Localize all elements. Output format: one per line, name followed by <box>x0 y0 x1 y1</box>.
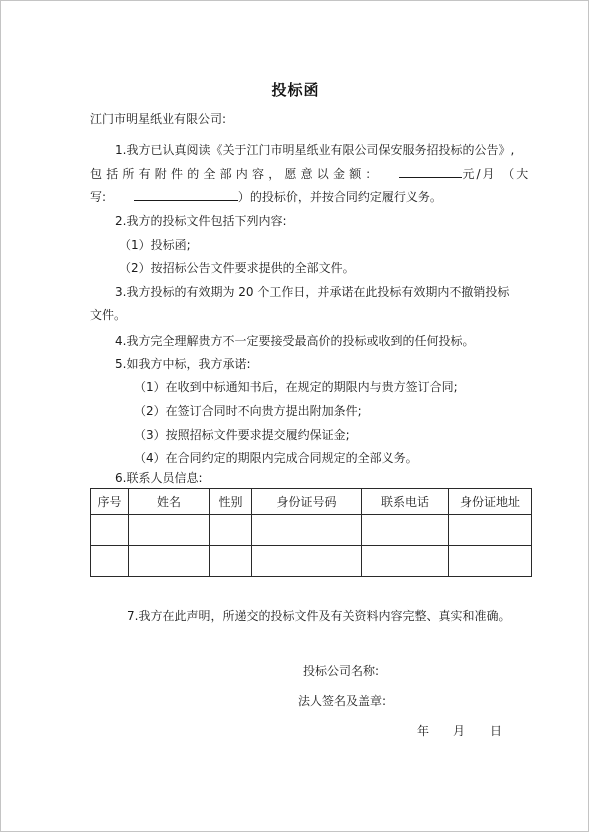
table-row <box>91 546 532 577</box>
amount-in-words-blank-field[interactable] <box>134 188 238 201</box>
date-month-label: 月 <box>453 723 465 739</box>
clause-2-item-1: （1）投标函; <box>119 237 191 253</box>
clause-5-heading: 5.如我方中标，我方承诺: <box>115 356 251 372</box>
contacts-table: 序号 姓名 性别 身份证号码 联系电话 身份证地址 <box>90 488 532 577</box>
clause-3-line-1: 3.我方投标的有效期为 20 个工作日，并承诺在此投标有效期内不撤销投标 <box>115 284 509 300</box>
clause-5-item-4: （4）在合同约定的期限内完成合同规定的全部义务。 <box>134 450 418 466</box>
company-name-label: 投标公司名称: <box>303 663 379 679</box>
date-day-label: 日 <box>490 723 502 739</box>
column-header-gender: 性别 <box>210 489 252 515</box>
date-year-label: 年 <box>417 723 429 739</box>
table-header-row: 序号 姓名 性别 身份证号码 联系电话 身份证地址 <box>91 489 532 515</box>
table-cell[interactable] <box>252 546 362 577</box>
clause-6-heading: 6.联系人员信息: <box>115 470 203 486</box>
clause-7: 7.我方在此声明，所递交的投标文件及有关资料内容完整、真实和准确。 <box>127 608 510 624</box>
column-header-id-number: 身份证号码 <box>252 489 362 515</box>
amount-blank-field[interactable] <box>399 165 462 178</box>
clause-1-line-2: 包括所有附件的全部内容，愿意以金额： 元/月 （大 <box>90 165 530 182</box>
addressee: 江门市明星纸业有限公司: <box>90 111 226 127</box>
table-cell[interactable] <box>91 546 129 577</box>
column-header-phone: 联系电话 <box>362 489 449 515</box>
table-cell[interactable] <box>210 515 252 546</box>
clause-4: 4.我方完全理解贵方不一定要接受最高价的投标或收到的任何投标。 <box>115 333 474 349</box>
clause-5-item-1: （1）在收到中标通知书后，在规定的期限内与贵方签订合同; <box>134 379 458 395</box>
table-cell[interactable] <box>210 546 252 577</box>
column-header-id-address: 身份证地址 <box>449 489 532 515</box>
clause-1-line-2-suffix: 元/月 （大 <box>462 167 530 181</box>
table-cell[interactable] <box>362 515 449 546</box>
table-cell[interactable] <box>129 546 210 577</box>
document-page: 投标函 江门市明星纸业有限公司: 1.我方已认真阅读《关于江门市明星纸业有限公司… <box>0 0 589 832</box>
table-cell[interactable] <box>449 546 532 577</box>
legal-rep-signature-label: 法人签名及盖章: <box>298 693 386 709</box>
document-title: 投标函 <box>1 79 589 100</box>
table-row <box>91 515 532 546</box>
table-cell[interactable] <box>252 515 362 546</box>
clause-1-line-3-prefix: 写: <box>90 190 106 204</box>
column-header-index: 序号 <box>91 489 129 515</box>
clause-3-line-2: 文件。 <box>90 307 126 323</box>
clause-1-line-3-suffix: ）的投标价，并按合同约定履行义务。 <box>238 190 442 204</box>
table-cell[interactable] <box>362 546 449 577</box>
table-cell[interactable] <box>129 515 210 546</box>
clause-1-line-1: 1.我方已认真阅读《关于江门市明星纸业有限公司保安服务招投标的公告》, <box>115 142 514 158</box>
column-header-name: 姓名 <box>129 489 210 515</box>
clause-5-item-3: （3）按照招标文件要求提交履约保证金; <box>134 427 350 443</box>
clause-1-line-2-prefix: 包括所有附件的全部内容，愿意以金额： <box>90 167 382 181</box>
table-cell[interactable] <box>449 515 532 546</box>
clause-5-item-2: （2）在签订合同时不向贵方提出附加条件; <box>134 403 362 419</box>
clause-1-line-3: 写: ）的投标价，并按合同约定履行义务。 <box>90 188 442 205</box>
clause-2-item-2: （2）按招标公告文件要求提供的全部文件。 <box>119 260 355 276</box>
clause-2-heading: 2.我方的投标文件包括下列内容: <box>115 213 287 229</box>
table-cell[interactable] <box>91 515 129 546</box>
